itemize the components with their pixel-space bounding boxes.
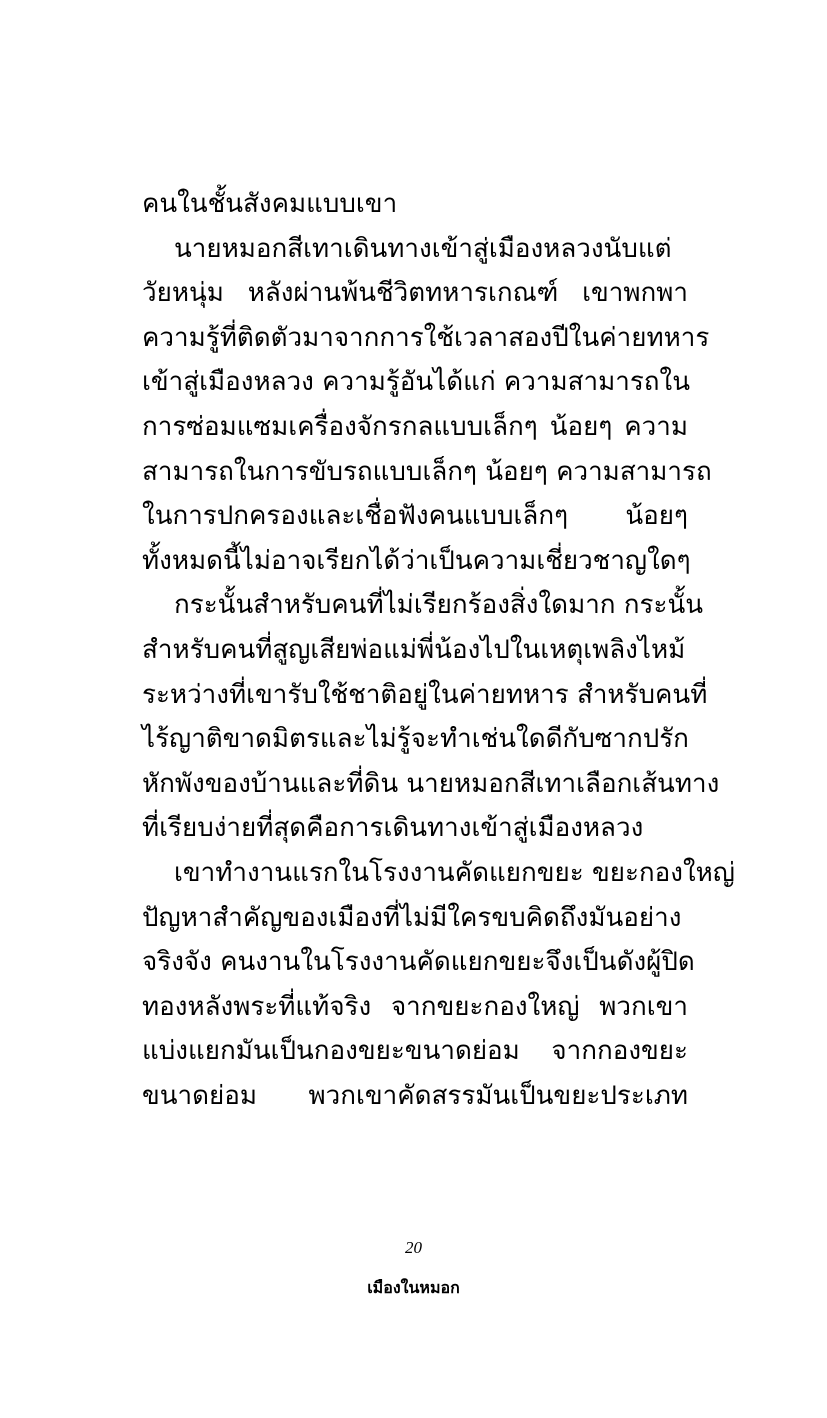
text-line: ขนาดย่อม พวกเขาคัดสรรมันเป็นขยะประเภท — [142, 1074, 688, 1119]
page-number: 20 — [0, 1238, 827, 1258]
text-line: กระนั้นสำหรับคนที่ไม่เรียกร้องสิ่งใดมาก … — [142, 583, 688, 628]
text-line: การซ่อมแซมเครื่องจักรกลแบบเล็กๆ น้อยๆ คว… — [142, 405, 688, 450]
text-line: ไร้ญาติขาดมิตรและไม่รู้จะทำเช่นใดดีกับซา… — [142, 717, 688, 762]
text-line: สามารถในการขับรถแบบเล็กๆ น้อยๆ ความสามาร… — [142, 450, 688, 495]
text-line: จริงจัง คนงานในโรงงานคัดแยกขยะจึงเป็นดัง… — [142, 940, 688, 985]
text-line: หักพังของบ้านและที่ดิน นายหมอกสีเทาเลือก… — [142, 762, 688, 807]
text-line: เขาทำงานแรกในโรงงานคัดแยกขยะ ขยะกองใหญ่ — [142, 851, 688, 896]
text-line: ในการปกครองและเชื่อฟังคนแบบเล็กๆ น้อยๆ — [142, 494, 688, 539]
text-line: สำหรับคนที่สูญเสียพ่อแม่พี่น้องไปในเหตุเ… — [142, 628, 688, 673]
text-line: เข้าสู่เมืองหลวง ความรู้อันได้แก่ ความสา… — [142, 360, 688, 405]
document-page: คนในชั้นสังคมแบบเขา นายหมอกสีเทาเดินทางเ… — [0, 0, 827, 1418]
text-line: วัยหนุ่ม หลังผ่านพ้นชีวิตทหารเกณฑ์ เขาพก… — [142, 271, 688, 316]
text-line: ปัญหาสำคัญของเมืองที่ไม่มีใครขบคิดถึงมัน… — [142, 896, 688, 941]
text-line: ความรู้ที่ติดตัวมาจากการใช้เวลาสองปีในค่… — [142, 316, 688, 361]
text-line: ทองหลังพระที่แท้จริง จากขยะกองใหญ่ พวกเข… — [142, 985, 688, 1030]
text-line: ทั้งหมดนี้ไม่อาจเรียกได้ว่าเป็นความเชี่ย… — [142, 539, 688, 584]
text-line: ระหว่างที่เขารับใช้ชาติอยู่ในค่ายทหาร สำ… — [142, 673, 688, 718]
book-title-footer: เมืองในหมอก — [0, 1276, 827, 1301]
text-line: คนในชั้นสังคมแบบเขา — [142, 182, 688, 227]
text-line: แบ่งแยกมันเป็นกองขยะขนาดย่อม จากกองขยะ — [142, 1029, 688, 1074]
text-line: ที่เรียบง่ายที่สุดคือการเดินทางเข้าสู่เม… — [142, 806, 688, 851]
body-text: คนในชั้นสังคมแบบเขา นายหมอกสีเทาเดินทางเ… — [142, 182, 688, 1118]
text-line: นายหมอกสีเทาเดินทางเข้าสู่เมืองหลวงนับแต… — [142, 227, 688, 272]
